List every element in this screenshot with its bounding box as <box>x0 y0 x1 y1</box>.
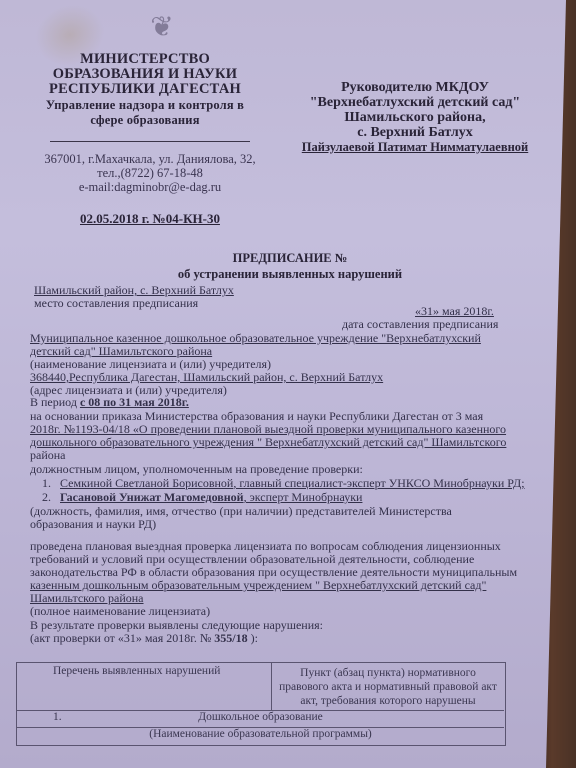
inspection-period: В период с 08 по 31 мая 2018г. <box>30 396 510 410</box>
department-line: сфере образования <box>40 113 250 127</box>
ministry-line: РЕСПУБЛИКИ ДАГЕСТАН <box>40 82 250 97</box>
recipient-line: с. Верхний Батлух <box>300 125 530 140</box>
title-main: ПРЕДПИСАНИЕ № <box>130 250 450 266</box>
violations-table: Перечень выявленных нарушений Пункт (абз… <box>16 662 506 746</box>
header-line: акт, требования которого нарушены <box>272 694 504 708</box>
inspectors-intro: должностным лицом, уполномоченным на про… <box>30 463 510 477</box>
inspector-name: Семкиной Светланой Борисовной <box>60 476 233 490</box>
table-row: (Наименование образовательной программы) <box>17 727 504 745</box>
ministry-header: МИНИСТЕРСТВО ОБРАЗОВАНИЯ И НАУКИ РЕСПУБЛ… <box>40 52 250 127</box>
email-line: e-mail:dagminobr@e-dag.ru <box>40 180 260 194</box>
act-suffix: ): <box>248 631 258 645</box>
inspector-item: 1. Семкиной Светланой Борисовной, главны… <box>42 477 522 491</box>
header-line: Пункт (абзац пункта) нормативного <box>272 666 504 680</box>
department-line: Управление надзора и контроля в <box>40 98 250 112</box>
table-header-norms: Пункт (абзац пункта) нормативного правов… <box>272 663 504 713</box>
recipient-line: Руководителю МКДОУ <box>300 80 530 95</box>
ministry-line: МИНИСТЕРСТВО <box>40 52 250 67</box>
act-reference: (акт проверки от «31» мая 2018г. № 355/1… <box>30 632 510 646</box>
date-caption: дата составления предписания <box>342 318 498 332</box>
phone-line: тел.,(8722) 67-18-48 <box>40 166 260 180</box>
inspection-caption: (полное наименование лицензиата) <box>30 605 510 619</box>
inspector-num: 1. <box>42 476 51 490</box>
coat-of-arms-icon: ❦ <box>138 8 186 46</box>
header-divider <box>50 141 250 142</box>
table-header-violations: Перечень выявленных нарушений <box>17 663 272 710</box>
table-row: 1. Дошкольное образование <box>17 710 504 728</box>
document-title: ПРЕДПИСАНИЕ № об устранении выявленных н… <box>130 250 450 282</box>
inspector-item: 2. Гасановой Унижат Магомедовной, экспер… <box>42 491 522 505</box>
inspectors-caption-line2: образования и науки РД) <box>30 518 510 532</box>
document-number: 02.05.2018 г. №04-КН-30 <box>80 211 220 227</box>
ministry-line: ОБРАЗОВАНИЯ И НАУКИ <box>40 67 250 82</box>
recipient-block: Руководителю МКДОУ "Верхнебатлухский дет… <box>300 80 530 155</box>
inspector-name: Гасановой Унижат Магомедовной <box>60 490 244 504</box>
recipient-name: Пайзулаевой Патимат Нимматулаевной <box>300 140 530 155</box>
period-value: с 08 по 31 мая 2018г. <box>80 395 189 409</box>
title-sub: об устранении выявленных нарушений <box>130 266 450 282</box>
document-page: ❦ МИНИСТЕРСТВО ОБРАЗОВАНИЯ И НАУКИ РЕСПУ… <box>0 0 566 768</box>
program-name: Дошкольное образование <box>17 711 504 723</box>
header-line: правового акта и нормативный правовой ак… <box>272 680 504 694</box>
basis-line4: района <box>30 449 510 463</box>
inspector-role: , главный специалист-эксперт УНКСО Миноб… <box>233 476 524 490</box>
act-prefix: (акт проверки от «31» мая 2018г. № <box>30 631 214 645</box>
recipient-line: Шамильского района, <box>300 110 530 125</box>
ministry-address: 367001, г.Махачкала, ул. Даниялова, 32, … <box>40 152 260 194</box>
recipient-line: "Верхнебатлухский детский сад" <box>300 95 530 110</box>
period-label: В период <box>30 395 80 409</box>
inspector-num: 2. <box>42 490 51 504</box>
basis-line3: дошкольного образовательного учреждения … <box>30 436 510 450</box>
address-line: 367001, г.Махачкала, ул. Даниялова, 32, <box>40 152 260 166</box>
inspector-role: , эксперт Минобрнауки <box>244 490 363 504</box>
act-number: 355/18 <box>214 631 247 645</box>
